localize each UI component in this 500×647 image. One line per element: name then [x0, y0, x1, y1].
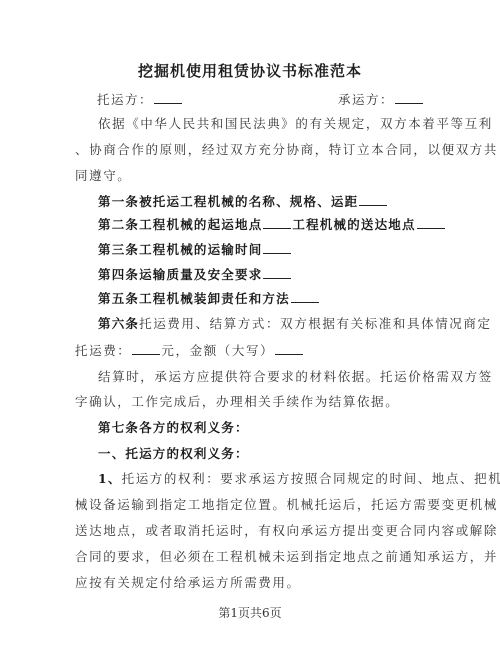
article-3: 第三条工程机械的运输时间 — [98, 241, 443, 258]
preamble-line-1: 依据《中华人民共和国民法典》的有关规定，双方本着平等互利 — [98, 116, 443, 132]
preamble-line-2: 、协商合作的原则，经过双方充分协商，特订立本合同，以便双方共 — [75, 142, 420, 158]
item-1-number: 1、 — [98, 471, 122, 486]
article-7-item-1: 1、托运方的权利：要求承运方按照合同规定的时间、地点、把机 — [98, 471, 443, 487]
article-2: 第二条工程机械的起运地点工程机械的送达地点 — [98, 216, 443, 233]
article-6-settle-2: 字确认，工作完成后，办理相关手续作为结算依据。 — [75, 394, 420, 410]
article-3-blank — [263, 241, 291, 254]
article-6-fee: 托运费：元，金额（大写） — [75, 342, 420, 359]
article-7-item-1-line-5: 应按有关规定付给承运方所需费用。 — [75, 575, 420, 591]
article-7-item-1-line-4: 合同的要求，但必须在工程机械未运到指定地点之前通知承运方，并 — [75, 549, 420, 565]
shipper-field: 托运方： — [97, 90, 183, 108]
carrier-label: 承运方： — [338, 92, 394, 107]
document-title: 挖掘机使用租赁协议书标准范本 — [0, 60, 500, 81]
article-1-blank — [359, 193, 387, 206]
article-2-destination: 工程机械的送达地点 — [292, 217, 415, 232]
preamble-line-3: 同遵守。 — [75, 168, 420, 184]
article-3-text: 第三条工程机械的运输时间 — [98, 242, 262, 257]
shipper-blank — [154, 91, 182, 104]
fee-amount-blank — [132, 342, 160, 355]
document-page: 挖掘机使用租赁协议书标准范本 托运方： 承运方： 依据《中华人民共和国民法典》的… — [0, 0, 500, 647]
article-1-text: 第一条被托运工程机械的名称、规格、运距 — [98, 194, 358, 209]
article-5: 第五条工程机械装卸责任和方法 — [98, 290, 443, 307]
article-2-destination-blank — [417, 216, 445, 229]
fee-label: 托运费： — [75, 343, 131, 358]
shipper-label: 托运方： — [97, 92, 153, 107]
article-7-item-1-line-2: 械设备运输到指定工地指定位置。机械托运后，托运方需要变更机械 — [75, 497, 420, 513]
carrier-field: 承运方： — [338, 90, 424, 108]
article-2-origin: 第二条工程机械的起运地点 — [98, 217, 262, 232]
fee-unit: 元，金额（大写） — [161, 343, 274, 358]
item-1-text: 托运方的权利：要求承运方按照合同规定的时间、地点、把机 — [122, 471, 500, 486]
article-4: 第四条运输质量及安全要求 — [98, 266, 443, 283]
article-6-heading: 第六条 — [98, 316, 139, 331]
article-7-heading: 第七条各方的权利义务： — [98, 420, 443, 436]
page-number: 第1页共6页 — [0, 604, 500, 621]
carrier-blank — [395, 91, 423, 104]
article-4-text: 第四条运输质量及安全要求 — [98, 267, 262, 282]
article-6-settle-1: 结算时，承运方应提供符合要求的材料依据。托运价格需双方签 — [98, 369, 443, 385]
article-7-item-1-line-3: 送达地点，或者取消托运时，有权向承运方提出变更合同内容或解除 — [75, 523, 420, 539]
article-5-text: 第五条工程机械装卸责任和方法 — [98, 291, 290, 306]
article-2-origin-blank — [263, 216, 291, 229]
article-5-blank — [291, 290, 319, 303]
fee-words-blank — [275, 342, 303, 355]
article-6-text: 托运费用、结算方式：双方根据有关标准和具体情况商定 — [139, 316, 492, 331]
article-4-blank — [263, 266, 291, 279]
article-1: 第一条被托运工程机械的名称、规格、运距 — [98, 193, 443, 210]
article-7-subheading-1: 一、托运方的权利义务： — [98, 446, 443, 462]
article-6: 第六条托运费用、结算方式：双方根据有关标准和具体情况商定 — [98, 316, 443, 332]
